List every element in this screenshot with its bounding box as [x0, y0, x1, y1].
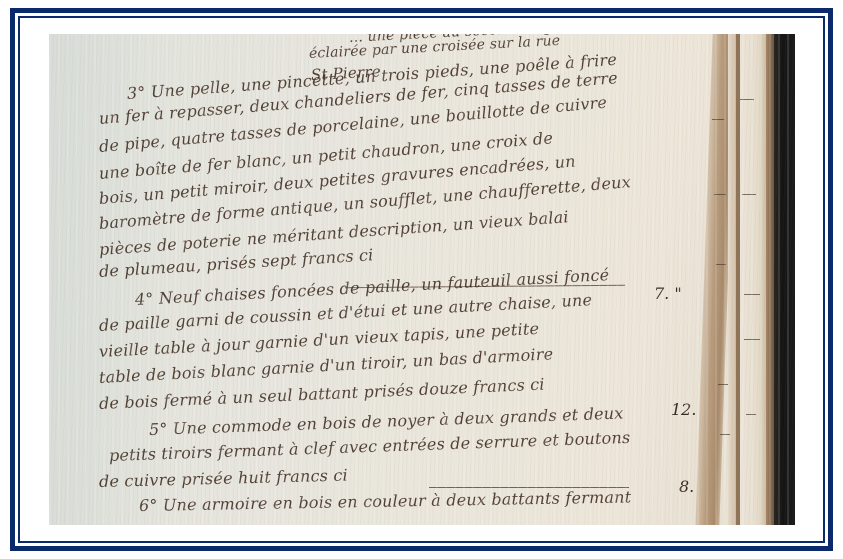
page-edge	[740, 34, 766, 525]
book-page-edges	[704, 34, 795, 525]
page-edge-mark	[740, 99, 754, 100]
margin-amount-7: 7. "	[654, 284, 682, 303]
page-edge-mark	[714, 194, 726, 195]
manuscript-line: de cuivre prisée huit francs ci	[99, 465, 348, 491]
manuscript-text-area: ... une pièce au second étage éclairée p…	[49, 34, 704, 525]
page-edge-mark	[718, 384, 728, 385]
book-cover-shadow	[774, 34, 795, 525]
manuscript-line: 6° Une armoire en bois en couleur à deux…	[139, 487, 632, 515]
page-edge-mark	[742, 194, 756, 195]
page-edge	[766, 34, 774, 525]
page-edge	[728, 34, 736, 525]
page-edge-mark	[712, 119, 724, 120]
manuscript-photo: ... une pièce au second étage éclairée p…	[49, 34, 795, 525]
page-edge-mark	[716, 264, 726, 265]
page-edge-mark	[744, 294, 760, 295]
page-edge-mark	[746, 414, 756, 415]
page-edge-mark	[720, 434, 730, 435]
page-edge-mark	[744, 339, 760, 340]
